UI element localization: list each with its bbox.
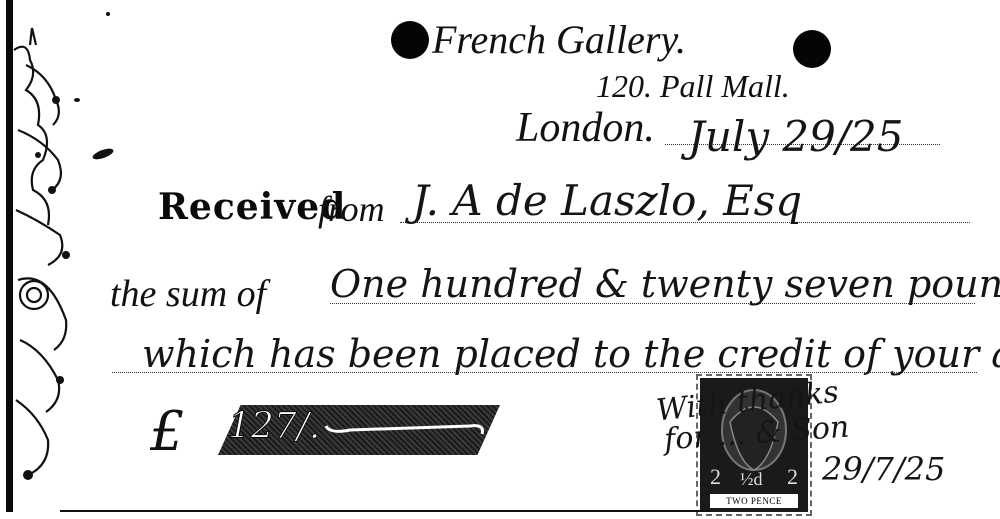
amount-figure: 127/. [228, 406, 320, 447]
amount-in-words: One hundred & twenty seven pounds [330, 262, 1000, 306]
floral-ornament-icon [8, 20, 70, 490]
stamp-label: TWO PENCE [710, 494, 798, 508]
bottom-rule [60, 510, 710, 512]
scan-speck [106, 12, 110, 16]
sum-label: the sum of [110, 272, 266, 316]
receipt-date: July 29/25 [688, 112, 903, 161]
pound-sign: £ [150, 400, 184, 463]
credit-line-text: which has been placed to the credit of y… [142, 332, 1000, 376]
stamp-value-center: ½d [740, 469, 763, 490]
punch-hole-right [793, 30, 831, 68]
scan-speck [91, 146, 114, 161]
gallery-city: London. [516, 104, 655, 152]
payer-name: J. A de Laszlo, Esq [412, 176, 802, 225]
gallery-name: French Gallery. [432, 16, 686, 63]
amount-flourish-icon [320, 420, 490, 438]
scan-speck [74, 98, 80, 102]
from-label: from [318, 188, 385, 230]
stamp-value-left: 2 [710, 464, 721, 490]
gallery-address: 120. Pall Mall. [596, 68, 790, 105]
punch-hole-left [391, 21, 429, 59]
stamp-value-right: 2 [787, 464, 798, 490]
signature-date: 29/7/25 [822, 450, 945, 488]
